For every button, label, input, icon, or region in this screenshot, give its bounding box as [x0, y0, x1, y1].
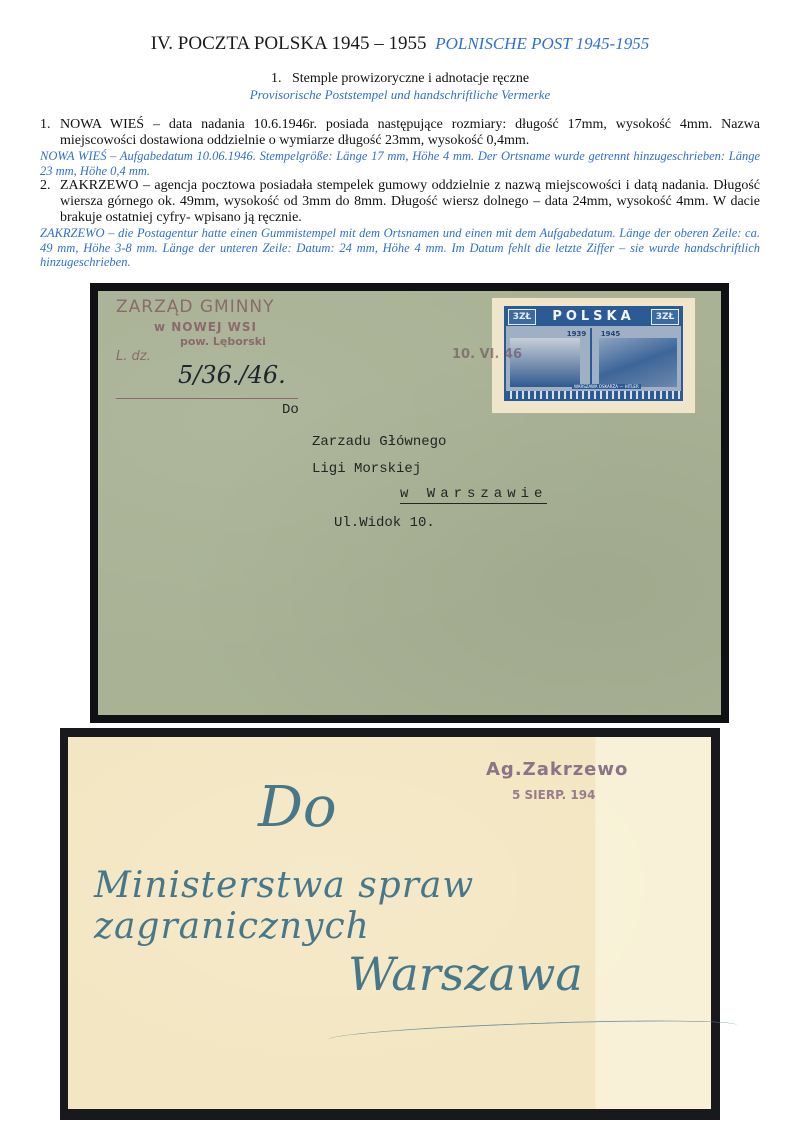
- stamp-value-right: 3ZŁ: [651, 309, 679, 325]
- postage-stamp-design: 3ZŁ POLSKA 3ZŁ 1939 1945 WARSZAWA OSKARŻ…: [504, 306, 683, 401]
- address-line3: Ligi Morskiej: [312, 461, 421, 477]
- reference-handwritten: 5/36./46.: [178, 361, 286, 389]
- cancellation-postmark: 10. VI. 46: [452, 347, 522, 362]
- section-title-polish: 1. Stemple prowizoryczne i adnotacje ręc…: [0, 71, 800, 87]
- item-text-polish: 2.ZAKRZEWO – agencja pocztowa posiadała …: [40, 178, 760, 226]
- address-line2: Zarzadu Głównego: [312, 434, 446, 450]
- reference-underline: [116, 398, 298, 399]
- agency-stamp-name: Ag.Zakrzewo: [486, 759, 628, 780]
- sender-stamp-line3: pow. Lęborski: [180, 335, 275, 348]
- address-line4: w Warszawie: [400, 486, 547, 504]
- handwritten-city: Warszawa: [348, 947, 583, 1001]
- item-number: 2.: [40, 178, 60, 194]
- page-title: IV. POCZTA POLSKA 1945 – 1955 POLNISCHE …: [0, 33, 800, 55]
- item-text-pl: ZAKRZEWO – agencja pocztowa posiadała st…: [60, 178, 760, 225]
- stamp-border-pattern: [506, 391, 681, 399]
- section-heading: 1. Stemple prowizoryczne i adnotacje ręc…: [0, 71, 800, 103]
- envelope-nowa-wies: ZARZĄD GMINNY w NOWEJ WSI pow. Lęborski …: [90, 283, 729, 723]
- item-text-german: NOWA WIEŚ – Aufgabedatum 10.06.1946. Ste…: [20, 149, 760, 178]
- description-list: 1.NOWA WIEŚ – data nadania 10.6.1946r. p…: [40, 117, 760, 270]
- stamp-years: 1939 1945: [506, 330, 681, 338]
- list-item: 1.NOWA WIEŚ – data nadania 10.6.1946r. p…: [40, 117, 760, 178]
- sender-rubber-stamp: ZARZĄD GMINNY w NOWEJ WSI pow. Lęborski …: [116, 297, 275, 364]
- agency-rubber-stamp: Ag.Zakrzewo 5 SIERP. 194: [486, 759, 628, 802]
- section-title-pl: Stemple prowizoryczne i adnotacje ręczne: [292, 71, 529, 86]
- title-polish: IV. POCZTA POLSKA 1945 – 1955: [151, 33, 427, 54]
- item-text-pl: NOWA WIEŚ – data nadania 10.6.1946r. pos…: [60, 117, 760, 148]
- stamp-castle-image: [510, 338, 580, 387]
- sender-stamp-line2: w NOWEJ WSI: [154, 320, 275, 334]
- item-number: 1.: [40, 117, 60, 133]
- stamp-divider: [590, 328, 592, 389]
- handwritten-ministry: Ministerstwa spraw zagranicznych: [94, 865, 711, 947]
- sender-stamp-line1: ZARZĄD GMINNY: [116, 297, 275, 317]
- item-text-polish: 1.NOWA WIEŚ – data nadania 10.6.1946r. p…: [40, 117, 760, 149]
- title-german: POLNISCHE POST 1945-1955: [435, 34, 649, 53]
- stamp-value-left: 3ZŁ: [508, 309, 536, 325]
- address-line5: Ul.Widok 10.: [334, 515, 435, 531]
- envelope-zakrzewo: Ag.Zakrzewo 5 SIERP. 194 Do Ministerstwa…: [60, 728, 720, 1120]
- postage-stamp: 3ZŁ POLSKA 3ZŁ 1939 1945 WARSZAWA OSKARŻ…: [492, 298, 695, 413]
- handwritten-underline: [328, 1016, 738, 1049]
- stamp-caption: WARSZAWA OSKARŻA — HITLER: [572, 384, 641, 389]
- item-text-german: ZAKRZEWO – die Postagentur hatte einen G…: [20, 226, 760, 270]
- address-line1: Do: [282, 402, 299, 418]
- section-number: 1.: [271, 71, 282, 86]
- envelope-paper: Ag.Zakrzewo 5 SIERP. 194 Do Ministerstwa…: [68, 737, 711, 1109]
- envelope-paper: ZARZĄD GMINNY w NOWEJ WSI pow. Lęborski …: [98, 291, 721, 715]
- stamp-ruins-image: [599, 338, 677, 387]
- agency-date-stamp: 5 SIERP. 194: [512, 788, 628, 802]
- handwritten-do: Do: [258, 775, 337, 840]
- stamp-country: POLSKA: [540, 309, 647, 324]
- section-title-german: Provisorische Poststempel und handschrif…: [0, 87, 800, 103]
- list-item: 2.ZAKRZEWO – agencja pocztowa posiadała …: [40, 178, 760, 270]
